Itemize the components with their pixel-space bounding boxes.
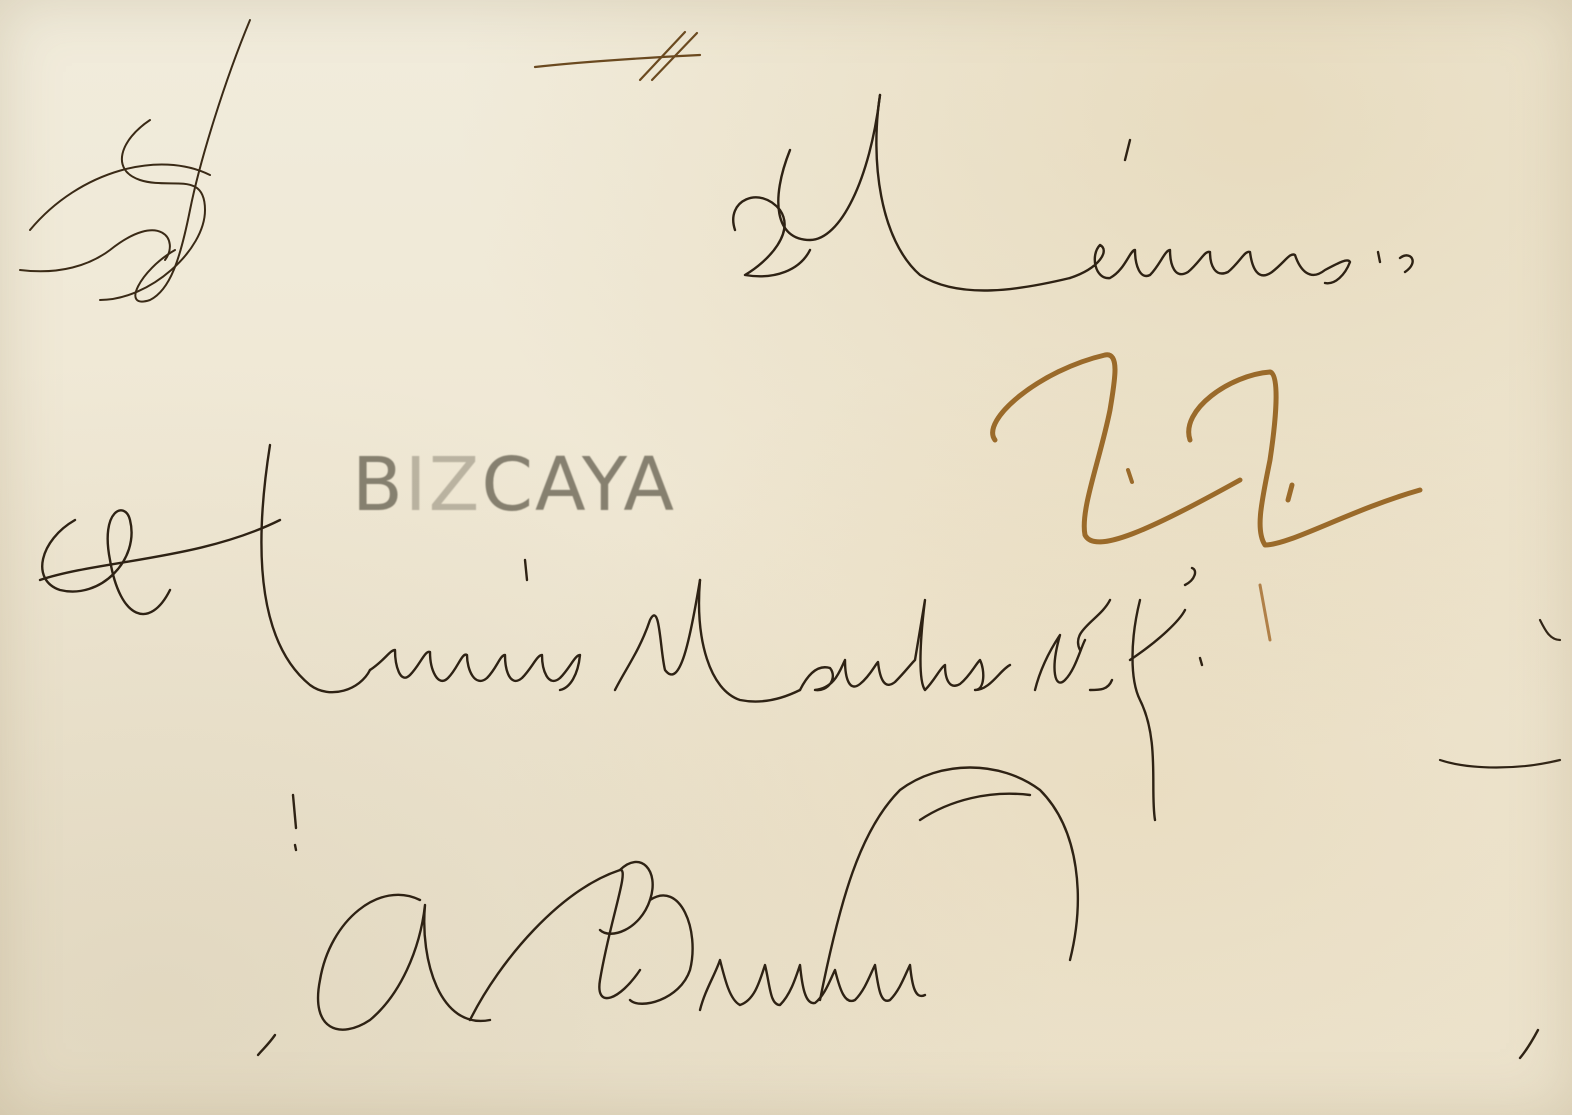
handwriting-layer bbox=[0, 0, 1572, 1115]
stamp-prefix: B bbox=[352, 442, 405, 528]
stamp-strong: CAYA bbox=[481, 442, 676, 528]
letter-paper: BIZCAYA A Messieurs Messieurs Mouchez & … bbox=[0, 0, 1572, 1115]
address-right-edge-strokes bbox=[1440, 620, 1560, 768]
bizcaya-postal-stamp: BIZCAYA bbox=[352, 448, 676, 522]
address-a-bordeaux bbox=[258, 768, 1538, 1059]
address-a-flourish bbox=[20, 20, 250, 302]
rate-mark-22 bbox=[993, 355, 1420, 545]
top-mark-icon bbox=[535, 32, 700, 80]
stamp-faint: IZ bbox=[405, 442, 482, 528]
address-messieurs-1 bbox=[733, 95, 1412, 290]
